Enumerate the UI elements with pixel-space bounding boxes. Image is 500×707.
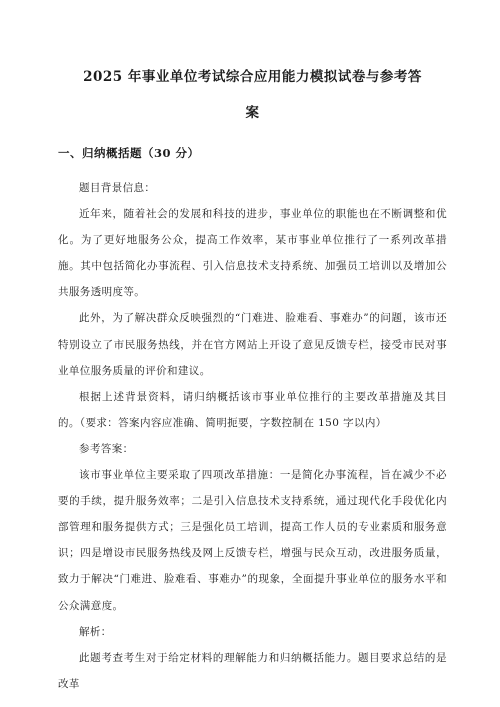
paragraph-analysis: 此题考查考生对于给定材料的理解能力和归纳概括能力。题目要求总结的是改革 <box>58 645 447 697</box>
section-heading: 一、归纳概括题（30 分） <box>58 140 447 166</box>
title-line-1: 2025 年事业单位考试综合应用能力模拟试卷与参考答 <box>58 59 447 95</box>
paragraph-analysis-label: 解析： <box>58 619 447 645</box>
document-title: 2025 年事业单位考试综合应用能力模拟试卷与参考答 案 <box>58 59 447 131</box>
paragraph-question-requirements: 根据上述背景资料，请归纳概括该市事业单位推行的主要改革措施及其目的。（要求：答案… <box>58 384 447 436</box>
document-page: 2025 年事业单位考试综合应用能力模拟试卷与参考答 案 一、归纳概括题（30 … <box>0 0 500 707</box>
title-line-2: 案 <box>58 95 447 131</box>
paragraph-background-2: 此外，为了解决群众反映强烈的“门难进、脸难看、事难办”的问题，该市还特别设立了市… <box>58 305 447 383</box>
paragraph-background-info-label: 题目背景信息： <box>58 175 447 201</box>
document-body: 题目背景信息： 近年来，随着社会的发展和科技的进步，事业单位的职能也在不断调整和… <box>58 175 447 697</box>
paragraph-background-1: 近年来，随着社会的发展和科技的进步，事业单位的职能也在不断调整和优化。为了更好地… <box>58 201 447 305</box>
paragraph-reference-answer: 该市事业单位主要采取了四项改革措施：一是简化办事流程，旨在减少不必要的手续，提升… <box>58 462 447 619</box>
paragraph-reference-answer-label: 参考答案： <box>58 436 447 462</box>
